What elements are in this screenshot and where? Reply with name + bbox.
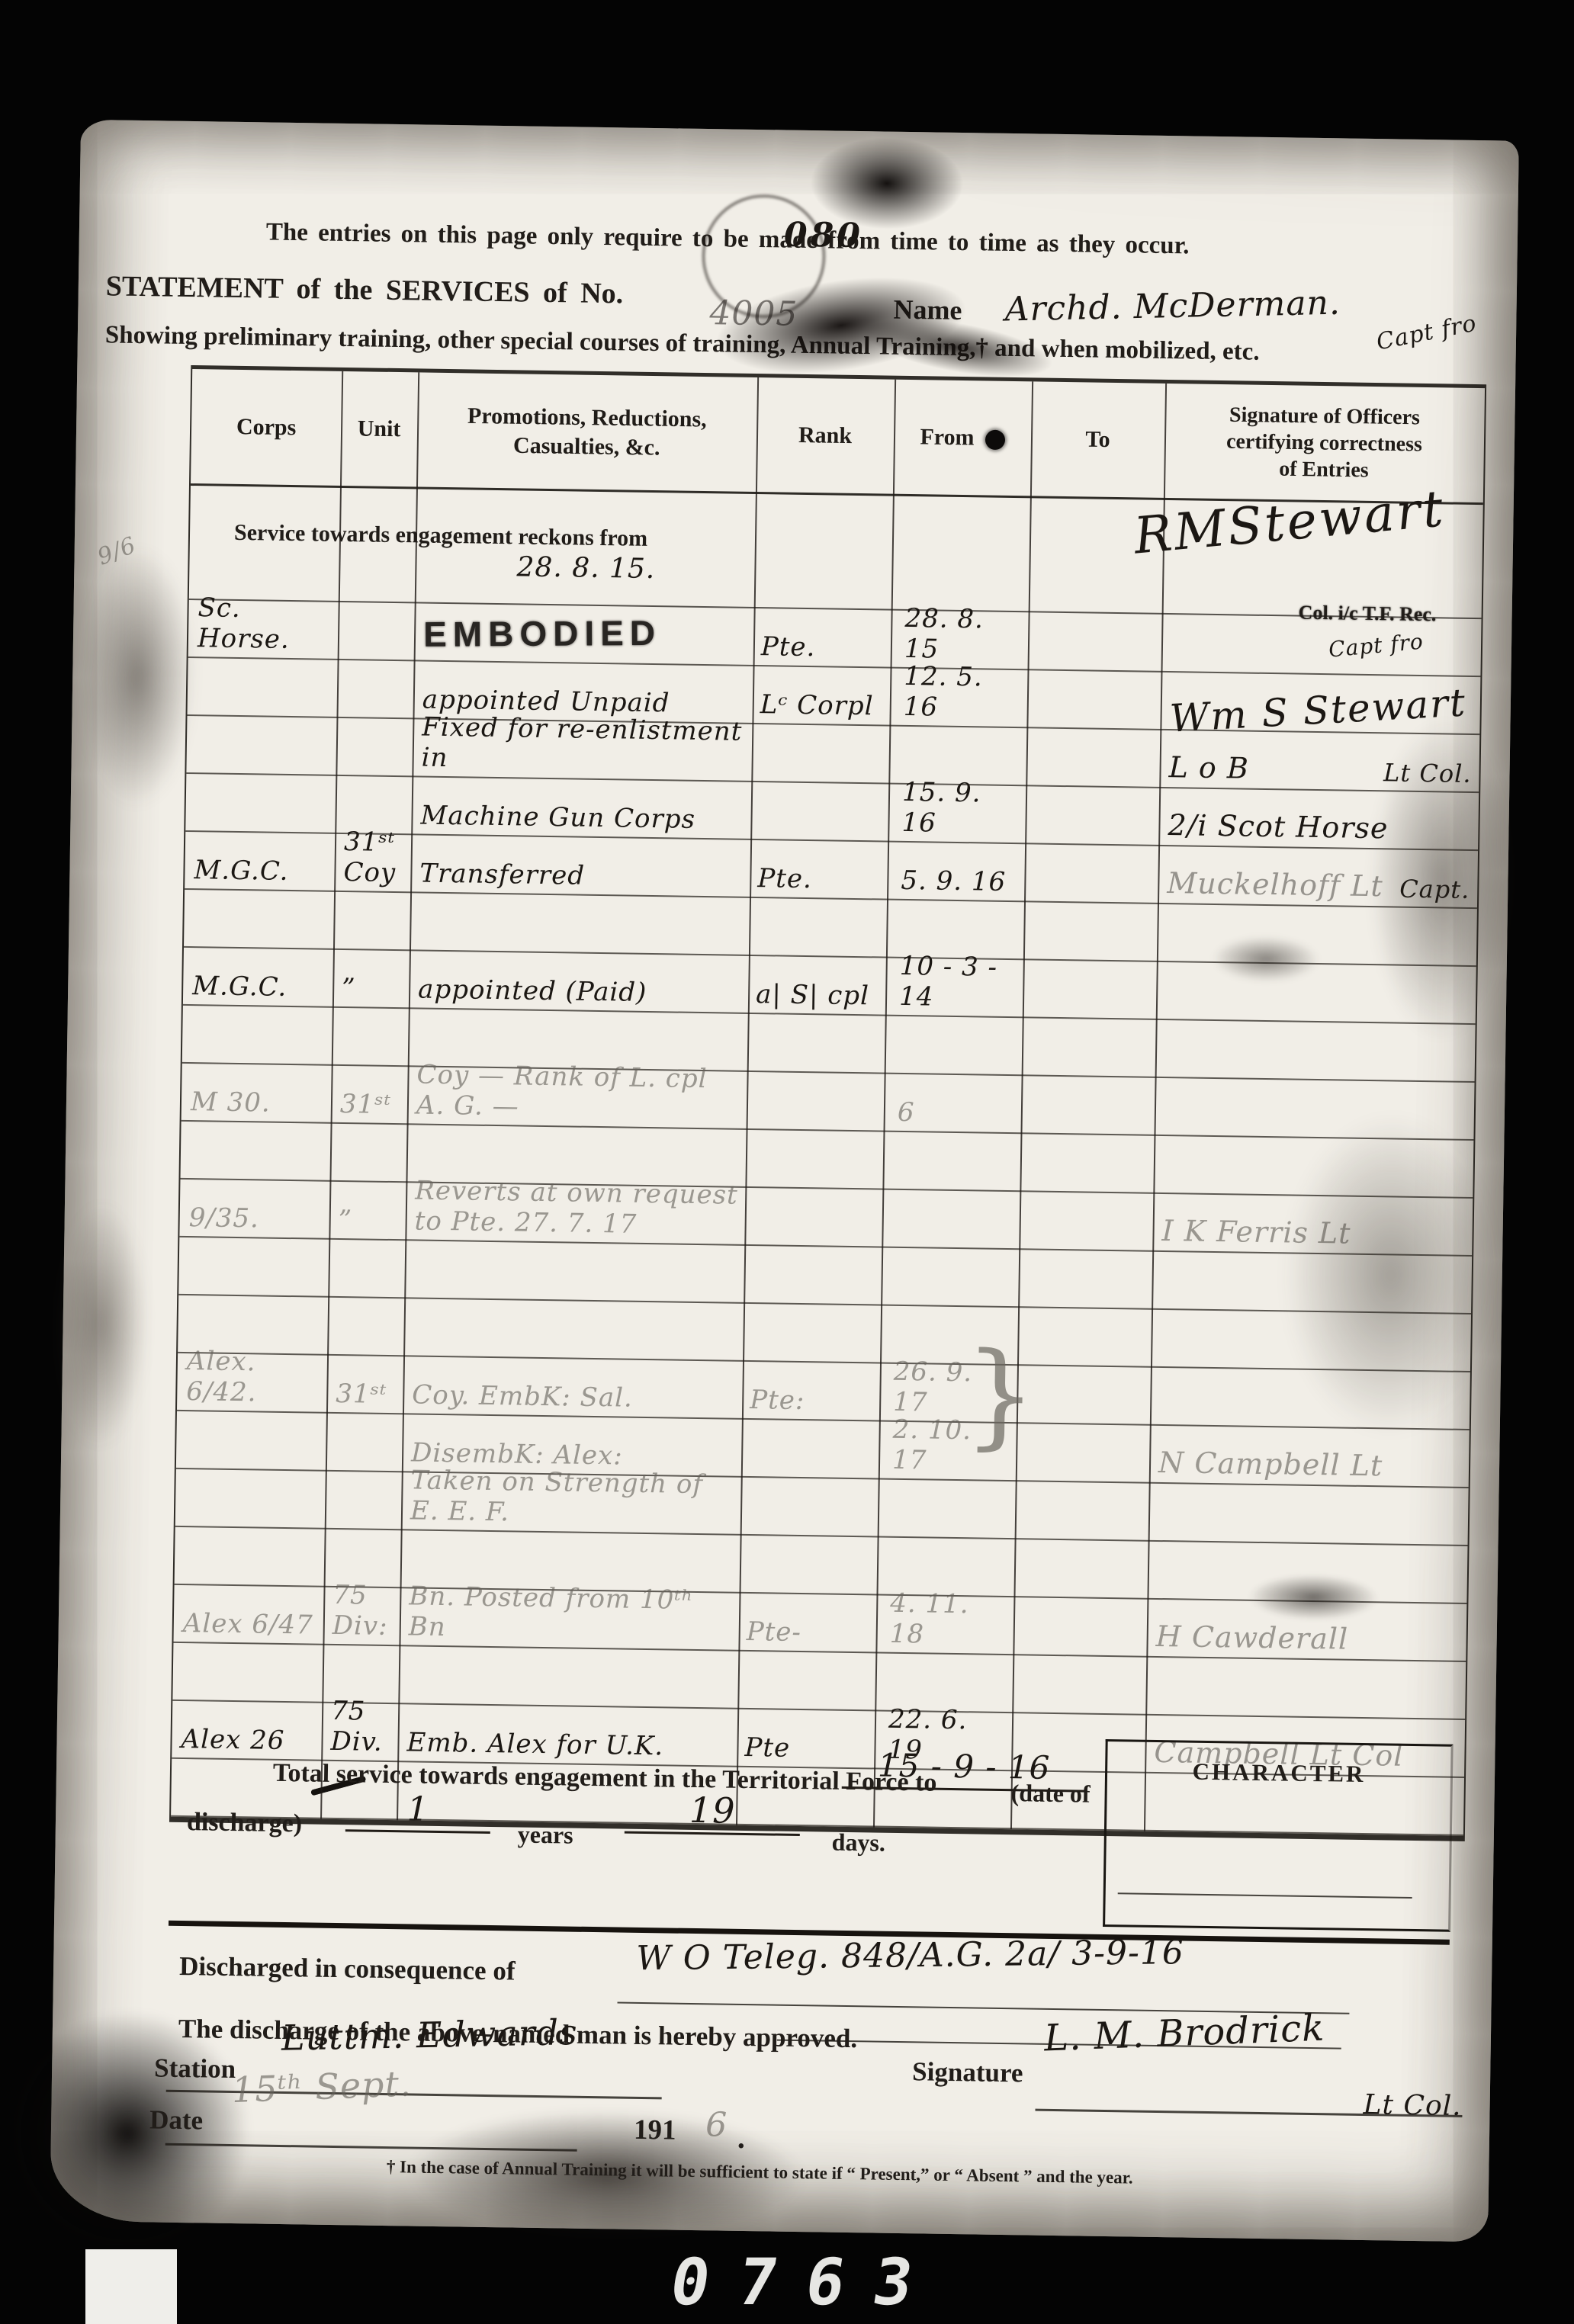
- cell-rank: [737, 1652, 875, 1710]
- cell-sig: [1145, 1658, 1466, 1719]
- discharged-label: Discharged in consequence of: [179, 1951, 516, 1987]
- days-value: 19: [625, 1789, 801, 1836]
- cell-unit: 31ˢᵗ: [326, 1356, 403, 1413]
- entry-text: 5. 9. 16: [901, 865, 1006, 897]
- entry-text: M.G.C.: [192, 971, 287, 1003]
- cell-to: [1019, 1192, 1153, 1250]
- col-header-from: From: [894, 422, 1032, 453]
- signature-value: L. M. Brodrick: [1043, 2007, 1325, 2060]
- entry-text: Transferred: [419, 859, 585, 891]
- cell-from: [882, 1190, 1020, 1249]
- cell-unit: [322, 1645, 399, 1703]
- cell-promo: [404, 1241, 744, 1302]
- cell-unit: [325, 1472, 402, 1529]
- entry-text: 4. 11. 18: [889, 1588, 1010, 1651]
- document-page: The entries on this page only require to…: [50, 120, 1519, 2242]
- entry-text: Pte-: [746, 1616, 801, 1648]
- entry-text: 75 Div.: [330, 1696, 395, 1757]
- cell-from: [888, 727, 1026, 785]
- cell-rank: Pte.: [750, 840, 888, 899]
- cell-unit: [338, 602, 415, 660]
- cell-to: [1026, 728, 1160, 787]
- cell-corps: [184, 890, 334, 949]
- entry-text: Fixed for re-enlistment in: [421, 712, 749, 778]
- cell-rank: [747, 1014, 885, 1073]
- cell-corps: [188, 658, 338, 717]
- cell-rank: [743, 1304, 881, 1363]
- entry-text: a| S| cpl: [756, 979, 869, 1011]
- cell-rank: Pte.: [753, 608, 891, 667]
- cell-promo: [403, 1298, 744, 1360]
- cell-rank: [749, 898, 887, 957]
- cell-unit: [333, 892, 410, 949]
- entry-text: 6: [898, 1097, 915, 1128]
- margin-scribble: 9/6: [94, 531, 140, 570]
- character-box: CHARACTER: [1103, 1739, 1454, 1932]
- cell-to: [1022, 1018, 1156, 1077]
- cell-promo: Transferred: [410, 835, 750, 897]
- cell-to: [1023, 960, 1157, 1019]
- underline: [165, 2143, 577, 2152]
- cell-sig: Muckelhoff LtCapt.: [1158, 846, 1478, 907]
- entry-text: M.G.C.: [194, 855, 289, 887]
- cell-to: [1024, 844, 1158, 903]
- entry-text: Lᶜ Corpl: [760, 689, 874, 721]
- cell-corps: M.G.C.: [183, 948, 333, 1006]
- header-line3: Showing preliminary training, other spec…: [105, 321, 1260, 366]
- entry-text: 28. 8. 15: [904, 603, 1026, 666]
- col-header-to: To: [1031, 425, 1165, 455]
- cell-corps: [175, 1469, 326, 1528]
- cell-to: [1013, 1597, 1147, 1656]
- entry-text: 31ˢᵗ Coy: [343, 827, 408, 888]
- name-value: Archd. McDerman.: [1004, 284, 1341, 329]
- cell-unit: 31ˢᵗ: [331, 1066, 408, 1123]
- entry-text: 31ˢᵗ: [336, 1379, 387, 1410]
- cell-sig: [1155, 1020, 1476, 1081]
- cell-corps: Alex 6/47: [173, 1585, 323, 1644]
- cell-rank: [740, 1478, 879, 1536]
- col-header-promotions: Promotions, Reductions, Casualties, &c.: [417, 401, 757, 464]
- cell-unit: 31ˢᵗ Coy: [334, 834, 411, 891]
- cell-promo: Coy. EmbK: Sal.: [403, 1356, 743, 1418]
- date-label: Date: [149, 2104, 204, 2136]
- cell-sig: [1150, 1368, 1470, 1429]
- station-value: Luttm. Edwards: [281, 2011, 578, 2059]
- signature-text: H Cawderall: [1155, 1619, 1348, 1656]
- entry-text: 31ˢᵗ: [340, 1089, 392, 1120]
- cell-promo: Fixed for re-enlistment in: [412, 719, 752, 781]
- cell-corps: [178, 1295, 328, 1354]
- entry-text: Emb. Alex for U.K.: [406, 1727, 663, 1761]
- entry-text: 15. 9. 16: [901, 777, 1023, 839]
- entry-text: ”: [342, 973, 356, 1003]
- signature-label: Signature: [912, 2056, 1023, 2088]
- signature-text: Muckelhoff Lt: [1167, 866, 1383, 903]
- entry-text: 10 - 3 - 14: [899, 951, 1020, 1013]
- cell-promo: [410, 893, 750, 955]
- records-office-stamp: Col. i/c T.F. Rec.: [1298, 602, 1436, 627]
- cell-corps: 9/35.: [179, 1180, 329, 1238]
- cell-corps: [186, 716, 336, 775]
- cell-sig: [1148, 1484, 1469, 1545]
- cell-to: [1025, 786, 1159, 845]
- cell-from: [882, 1132, 1020, 1191]
- cell-to: [1013, 1539, 1148, 1598]
- entry-text: Pte: [744, 1732, 790, 1764]
- cell-sig: [1154, 1078, 1474, 1139]
- cell-sig: 2/i Scot Horse: [1158, 788, 1479, 849]
- table-body: Sc. Horse.EMBODIEDPte.28. 8. 15appointed…: [171, 600, 1481, 1836]
- character-line: [1118, 1892, 1412, 1899]
- signature-text: L o B: [1168, 750, 1249, 785]
- cell-from: [885, 1016, 1023, 1075]
- character-label: CHARACTER: [1107, 1757, 1450, 1790]
- cell-sig: [1153, 1136, 1473, 1197]
- entry-text: Sc. Horse.: [198, 592, 336, 656]
- cell-corps: [182, 1006, 332, 1064]
- col-header-unit: Unit: [341, 414, 418, 444]
- entry-text: Pte.: [757, 863, 812, 894]
- cell-unit: [332, 1008, 409, 1065]
- cell-unit: [327, 1298, 404, 1355]
- cell-unit: ”: [329, 1182, 406, 1239]
- reckons-date: 28. 8. 15.: [418, 550, 754, 586]
- cell-from: 10 - 3 - 14: [885, 958, 1023, 1017]
- entry-text: Pte.: [761, 631, 816, 663]
- cell-unit: 75 Div.: [321, 1703, 398, 1761]
- cell-to: [1015, 1481, 1149, 1540]
- entry-text: Alex 26: [181, 1724, 284, 1756]
- cell-sig: [1157, 904, 1477, 965]
- brace-mark: }: [963, 1328, 1038, 1462]
- signature-text: N Campbell Lt: [1158, 1446, 1383, 1482]
- signature-rank: Capt.: [1399, 875, 1475, 904]
- entry-text: 12. 5. 16: [903, 661, 1024, 724]
- cell-sig: N Campbell Lt: [1149, 1426, 1470, 1487]
- cell-from: 26. 9. 17}: [879, 1364, 1017, 1423]
- col-header-corps: Corps: [191, 412, 342, 442]
- cell-to: [1028, 612, 1162, 671]
- cell-sig: [1147, 1542, 1467, 1603]
- statement-title: STATEMENT of the SERVICES of No.: [106, 269, 624, 310]
- scan-artifact: [85, 2249, 177, 2324]
- cell-promo: Taken on Strength of E. E. F.: [401, 1472, 741, 1534]
- entry-text: M 30.: [191, 1087, 271, 1119]
- cell-rank: [747, 1072, 885, 1131]
- embodied-stamp: EMBODIED: [423, 612, 661, 655]
- cell-from: [886, 900, 1024, 959]
- cell-promo: Emb. Alex for U.K.: [397, 1704, 737, 1766]
- cell-corps: M.G.C.: [185, 832, 335, 891]
- cell-corps: Alex 26: [172, 1701, 322, 1760]
- date-value: 15ᵗʰ Sept.: [231, 2062, 413, 2111]
- cell-rank: Pte:: [742, 1362, 880, 1420]
- cell-rank: Lᶜ Corpl: [752, 666, 890, 725]
- cell-promo: appointed (Paid): [409, 951, 749, 1013]
- service-table: Corps Unit Promotions, Reductions, Casua…: [169, 365, 1486, 1841]
- cell-corps: [172, 1643, 323, 1702]
- discharge-paren-label: discharge): [187, 1808, 303, 1838]
- cell-to: [1012, 1655, 1146, 1714]
- cell-rank: [745, 1130, 883, 1189]
- cell-corps: M 30.: [181, 1064, 332, 1122]
- cell-from: 15. 9. 16: [888, 785, 1026, 843]
- torn-corner: [4, 2010, 252, 2258]
- cell-unit: [336, 718, 413, 775]
- smudge: [79, 547, 197, 807]
- entry-text: Coy — Rank of L. cpl A. G. —: [416, 1059, 744, 1125]
- cell-from: [875, 1653, 1013, 1712]
- cell-unit: [328, 1240, 405, 1297]
- entry-text: Machine Gun Corps: [420, 801, 695, 835]
- year-printed: 191: [634, 2114, 676, 2147]
- cell-corps: [181, 1122, 331, 1180]
- cell-from: 12. 5. 16: [889, 669, 1027, 727]
- discharged-value: W O Teleg. 848/A.G. 2a/ 3-9-16: [636, 1933, 1184, 1978]
- entry-text: 9/35.: [188, 1202, 259, 1234]
- cell-from: [881, 1248, 1019, 1307]
- cell-corps: [185, 774, 336, 833]
- cell-from: [877, 1538, 1015, 1597]
- entry-text: appointed (Paid): [418, 974, 647, 1007]
- cell-corps: [176, 1411, 326, 1470]
- cell-corps: Sc. Horse.: [188, 600, 339, 659]
- cell-from: 5. 9. 16: [887, 843, 1025, 901]
- days-label: days.: [831, 1828, 885, 1857]
- cell-rank: [740, 1536, 878, 1594]
- date-of-label: (date of: [1010, 1779, 1091, 1809]
- years-value: 1: [345, 1789, 491, 1834]
- entry-text: Taken on Strength of E. E. F.: [410, 1465, 738, 1530]
- cell-to: [1020, 1134, 1154, 1192]
- entry-text: Bn. Posted from 10ᵗʰ Bn: [409, 1581, 737, 1646]
- cell-sig: I K Ferris Lt: [1152, 1194, 1473, 1255]
- cell-promo: Machine Gun Corps: [411, 777, 751, 839]
- cell-unit: [337, 660, 414, 717]
- margin-note: Capt fro: [1374, 310, 1479, 355]
- cell-promo: Reverts at own request to Pte. 27. 7. 17: [405, 1183, 745, 1244]
- cell-corps: [175, 1527, 325, 1586]
- year-written: 6: [705, 2105, 728, 2144]
- cell-to: [1023, 902, 1158, 961]
- cell-promo: EMBODIED: [414, 603, 754, 665]
- circular-stamp: [701, 194, 826, 319]
- cell-promo: [398, 1646, 738, 1708]
- signature-text: 2/i Scot Horse: [1168, 808, 1389, 845]
- entry-text: Coy. EmbK: Sal.: [412, 1379, 633, 1413]
- entry-text: Pte:: [750, 1385, 805, 1416]
- cell-unit: [326, 1414, 403, 1471]
- cell-corps: Alex. 6/42.: [177, 1353, 327, 1412]
- col-header-signature: Signature of Officers certifying correct…: [1164, 400, 1485, 485]
- stamp-number: 080: [784, 216, 864, 256]
- signature-rank: Lt Col.: [1383, 758, 1476, 788]
- cell-unit: [335, 776, 412, 833]
- cell-unit: ”: [332, 950, 410, 1007]
- cell-sig: [1152, 1252, 1472, 1313]
- cell-rank: [741, 1420, 879, 1478]
- entry-text: Reverts at own request to Pte. 27. 7. 17: [414, 1175, 742, 1241]
- signature-text: I K Ferris Lt: [1161, 1214, 1351, 1250]
- ink-blot: [985, 430, 1004, 450]
- cell-to: [1021, 1076, 1155, 1135]
- entry-text: Alex 6/47: [183, 1608, 313, 1641]
- cell-to: [1026, 670, 1161, 729]
- reckons-label: Service towards engagement reckons from: [234, 520, 648, 552]
- cell-unit: [324, 1530, 401, 1587]
- entry-text: ”: [338, 1205, 352, 1235]
- cell-sig: L o BLt Col.: [1159, 730, 1479, 791]
- cell-unit: 75 Div:: [323, 1587, 400, 1645]
- cell-sig: Wm S Stewart: [1160, 672, 1480, 733]
- cell-promo: Coy — Rank of L. cpl A. G. —: [407, 1067, 747, 1128]
- cell-rank: [750, 782, 888, 841]
- cell-from: 28. 8. 15: [891, 611, 1029, 669]
- entry-text: Alex. 6/42.: [186, 1346, 324, 1409]
- cell-rank: [744, 1188, 882, 1247]
- cell-sig: [1156, 962, 1476, 1023]
- col-header-rank: Rank: [756, 420, 895, 451]
- cell-rank: [751, 724, 889, 783]
- cell-sig: H Cawderall: [1146, 1600, 1466, 1661]
- year-period: .: [737, 2120, 746, 2155]
- station-label: Station: [154, 2053, 236, 2085]
- cell-from: 6: [884, 1074, 1022, 1133]
- footnote: † In the case of Annual Training it will…: [188, 2154, 1331, 2191]
- cell-promo: Bn. Posted from 10ᵗʰ Bn: [399, 1588, 739, 1650]
- frame-counter: 0763: [665, 2245, 947, 2319]
- table-header: Corps Unit Promotions, Reductions, Casua…: [191, 369, 1485, 505]
- cell-unit: [329, 1124, 406, 1181]
- cell-sig: [1151, 1310, 1471, 1371]
- smudge: [53, 1202, 149, 1448]
- entry-text: 75 Div:: [332, 1580, 397, 1642]
- cell-from: 4. 11. 18: [875, 1596, 1013, 1655]
- cell-rank: Pte-: [738, 1594, 876, 1652]
- cell-to: [1018, 1250, 1152, 1308]
- cell-rank: a| S| cpl: [748, 956, 886, 1015]
- name-label: Name: [893, 294, 962, 326]
- cell-corps: [178, 1237, 329, 1296]
- cell-rank: [744, 1246, 882, 1305]
- cell-from: [878, 1480, 1016, 1539]
- years-label: years: [518, 1821, 573, 1850]
